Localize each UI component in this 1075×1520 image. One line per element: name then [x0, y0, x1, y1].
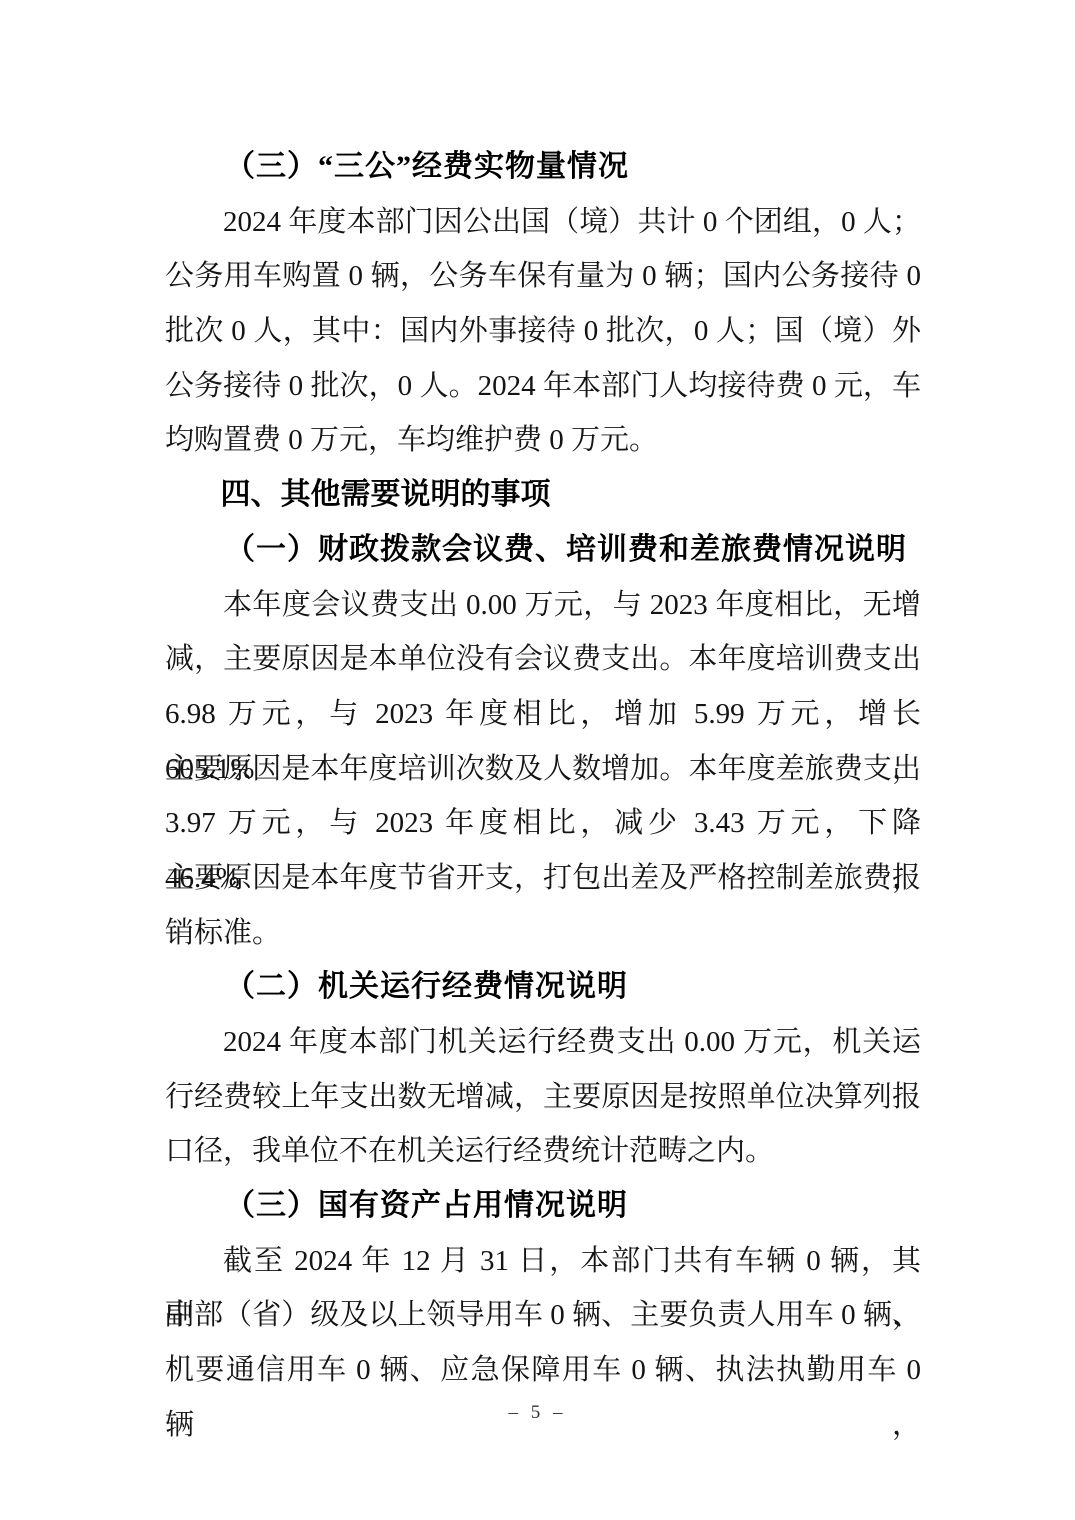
para-line: 减，主要原因是本单位没有会议费支出。本年度培训费支出 — [165, 632, 921, 687]
page-number: – 5 – — [0, 1402, 1075, 1424]
subsection-heading-state-assets: （三）国有资产占用情况说明 — [165, 1179, 921, 1234]
para-line: 批次 0 人，其中：国内外事接待 0 批次，0 人；国（境）外 — [165, 304, 921, 359]
paragraph-operating-expenses: 2024 年度本部门机关运行经费支出 0.00 万元，机关运 行经费较上年支出数… — [165, 1015, 921, 1179]
paragraph-state-assets: 截至 2024 年 12 月 31 日，本部门共有车辆 0 辆，其中， 副部（省… — [165, 1234, 921, 1398]
para-line: 口径，我单位不在机关运行经费统计范畴之内。 — [165, 1124, 921, 1179]
para-line: 均购置费 0 万元，车均维护费 0 万元。 — [165, 413, 921, 468]
para-line: 行经费较上年支出数无增减，主要原因是按照单位决算列报 — [165, 1070, 921, 1125]
para-line: 副部（省）级及以上领导用车 0 辆、主要负责人用车 0 辆、 — [165, 1288, 921, 1343]
subsection-heading-operating-expenses: （二）机关运行经费情况说明 — [165, 960, 921, 1015]
para-line: 机要通信用车 0 辆、应急保障用车 0 辆、执法执勤用车 0 辆， — [165, 1343, 921, 1398]
para-line: 2024 年度本部门因公出国（境）共计 0 个团组，0 人； — [165, 195, 921, 250]
para-line: 公务接待 0 批次，0 人。2024 年本部门人均接待费 0 元，车 — [165, 359, 921, 414]
para-line: 本年度会议费支出 0.00 万元，与 2023 年度相比，无增 — [165, 578, 921, 633]
para-line: 公务用车购置 0 辆，公务车保有量为 0 辆；国内公务接待 0 — [165, 249, 921, 304]
section-heading-three-public-funds: （三）“三公”经费实物量情况 — [165, 140, 921, 195]
paragraph-fees-explanation: 本年度会议费支出 0.00 万元，与 2023 年度相比，无增 减，主要原因是本… — [165, 578, 921, 961]
para-line: 3.97 万元，与 2023 年度相比，减少 3.43 万元，下降 46.4%， — [165, 796, 921, 851]
section-heading-other-matters: 四、其他需要说明的事项 — [165, 468, 921, 523]
para-line: 主要原因是本年度培训次数及人数增加。本年度差旅费支出 — [165, 742, 921, 797]
subsection-heading-meeting-training-travel: （一）财政拨款会议费、培训费和差旅费情况说明 — [165, 523, 921, 578]
para-line: 销标准。 — [165, 906, 921, 961]
paragraph-physical-quantities: 2024 年度本部门因公出国（境）共计 0 个团组，0 人； 公务用车购置 0 … — [165, 195, 921, 468]
para-line: 2024 年度本部门机关运行经费支出 0.00 万元，机关运 — [165, 1015, 921, 1070]
document-page: （三）“三公”经费实物量情况 2024 年度本部门因公出国（境）共计 0 个团组… — [0, 0, 1075, 1520]
para-line: 截至 2024 年 12 月 31 日，本部门共有车辆 0 辆，其中， — [165, 1234, 921, 1289]
para-line: 6.98 万元，与 2023 年度相比，增加 5.99 万元，增长 605.1%… — [165, 687, 921, 742]
para-line: 主要原因是本年度节省开支，打包出差及严格控制差旅费报 — [165, 851, 921, 906]
